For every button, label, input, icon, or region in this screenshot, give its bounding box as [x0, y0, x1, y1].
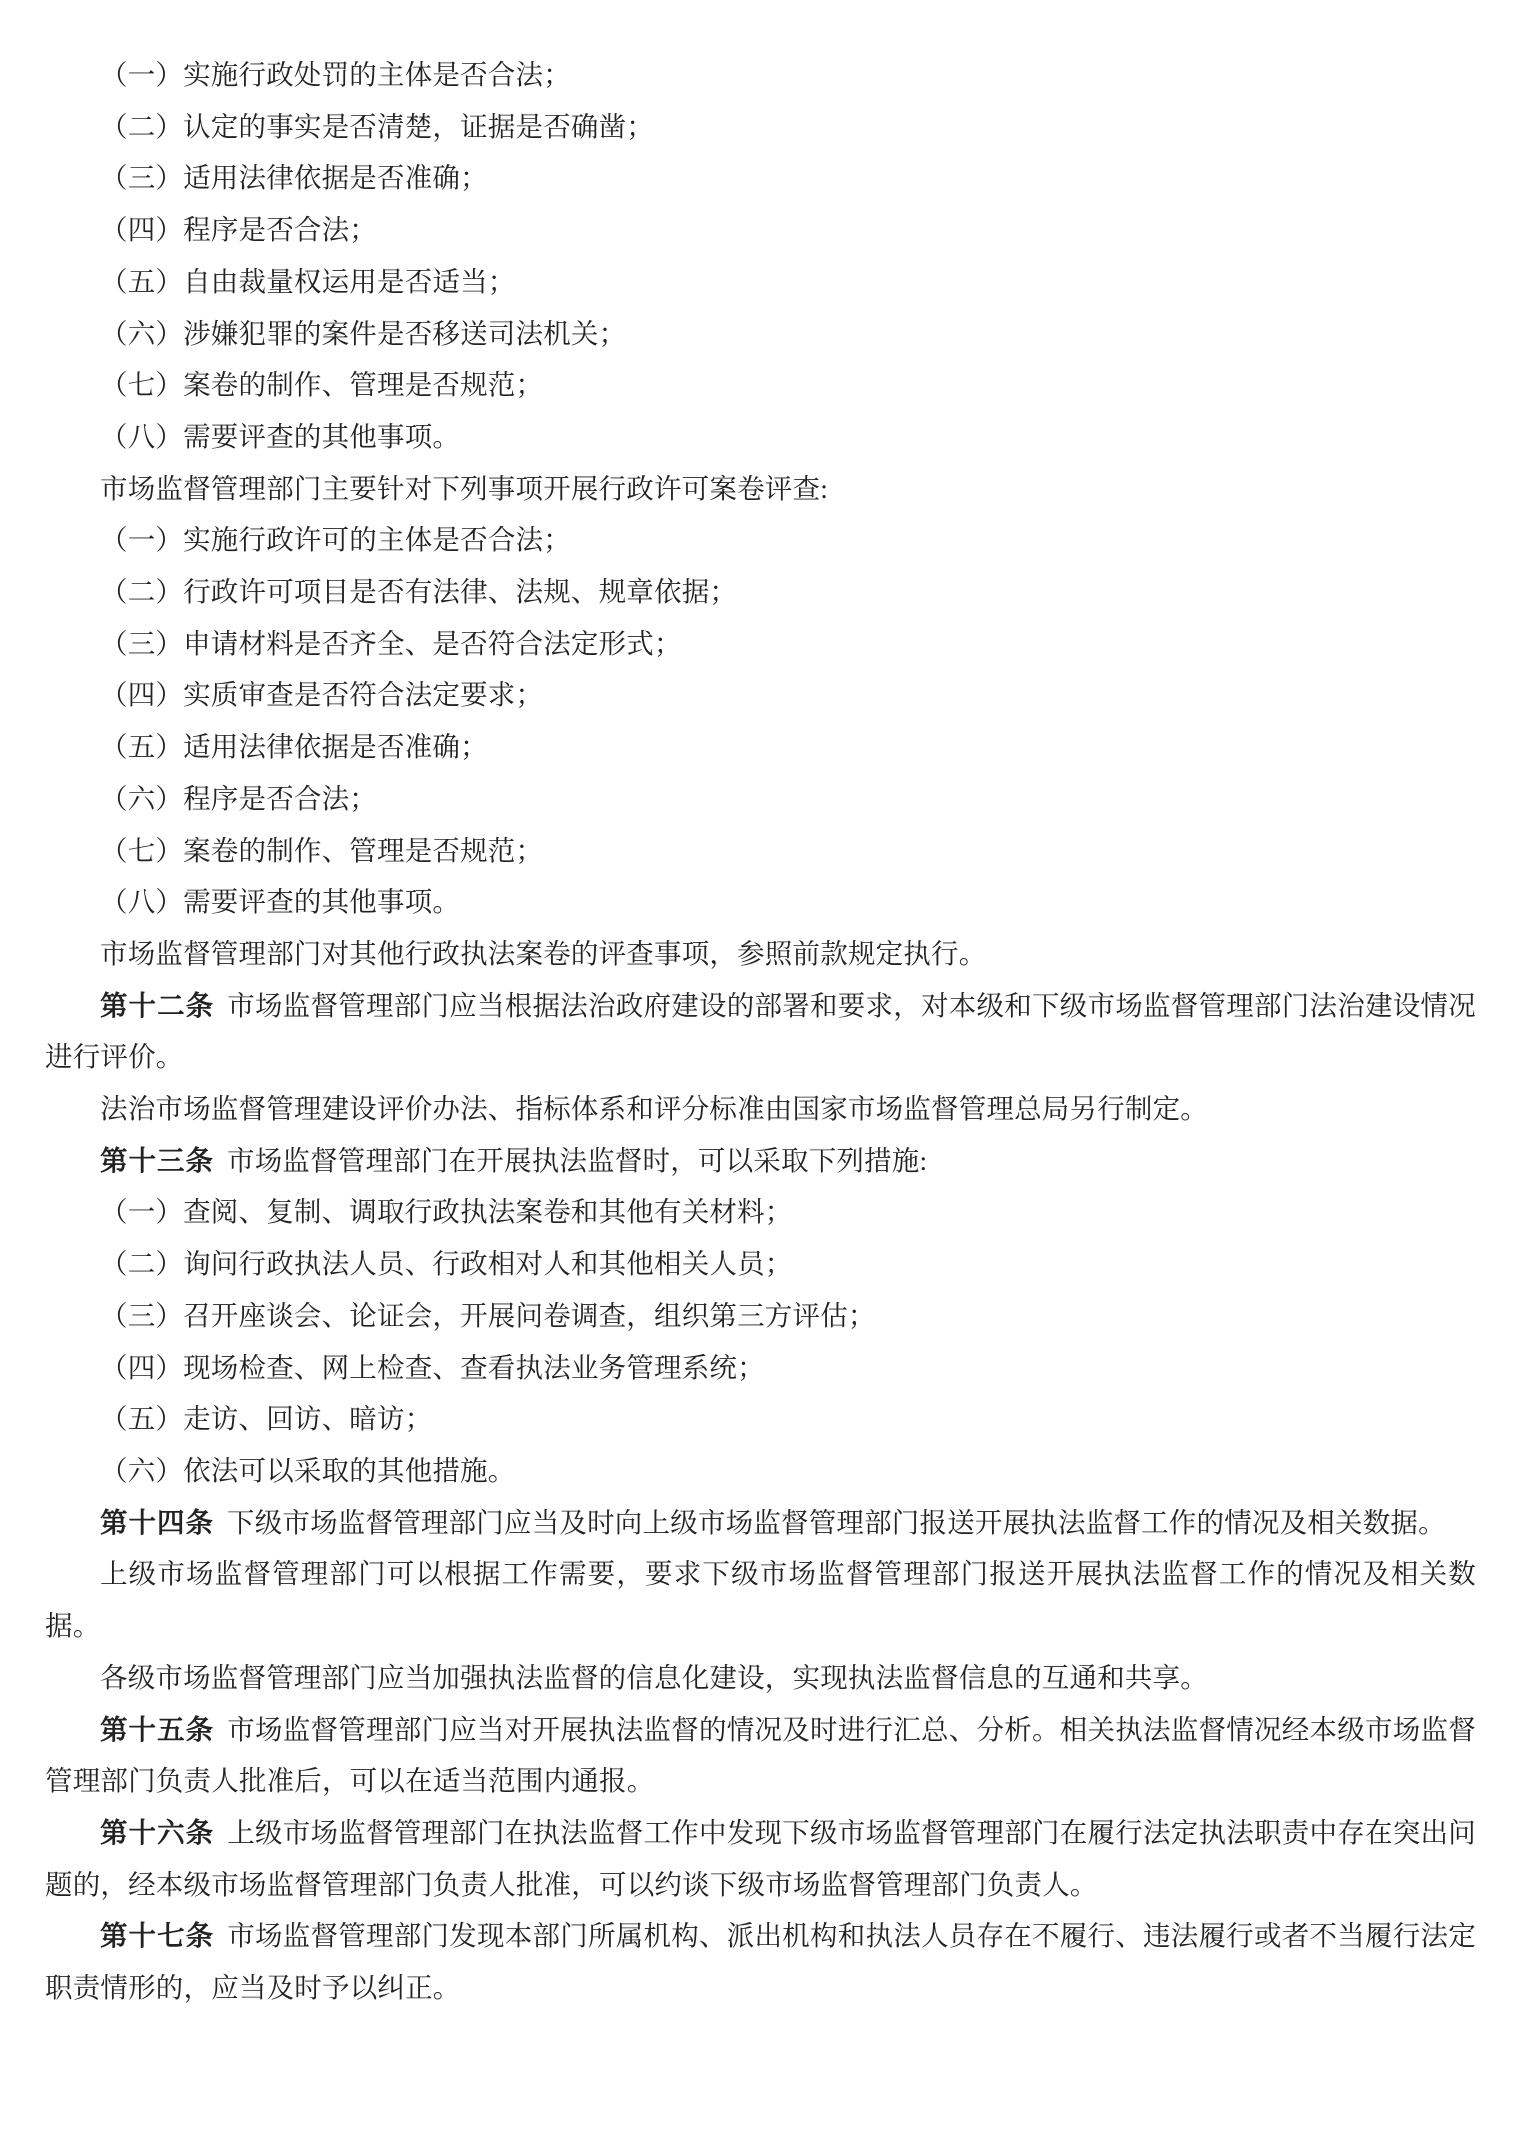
document-paragraph: （五）适用法律依据是否准确； [45, 721, 1476, 773]
paragraph-text: 下级市场监督管理部门应当及时向上级市场监督管理部门报送开展执法监督工作的情况及相… [227, 1507, 1446, 1538]
document-paragraph: （四）程序是否合法； [45, 204, 1476, 256]
document-paragraph: （三）召开座谈会、论证会，开展问卷调查，组织第三方评估； [45, 1290, 1476, 1342]
article-number-label: 第十六条 [100, 1817, 214, 1848]
document-body: （一）实施行政处罚的主体是否合法；（二）认定的事实是否清楚，证据是否确凿；（三）… [0, 0, 1520, 2014]
document-paragraph: （七）案卷的制作、管理是否规范； [45, 825, 1476, 877]
paragraph-text: 市场监督管理部门应当根据法治政府建设的部署和要求，对本级和下级市场监督管理部门法… [45, 990, 1476, 1073]
paragraph-text: 市场监督管理部门主要针对下列事项开展行政许可案卷评查: [100, 473, 828, 504]
document-paragraph: 各级市场监督管理部门应当加强执法监督的信息化建设，实现执法监督信息的互通和共享。 [45, 1652, 1476, 1704]
paragraph-text: （四）现场检查、网上检查、查看执法业务管理系统； [100, 1352, 765, 1383]
paragraph-text: （四）实质审查是否符合法定要求； [100, 679, 543, 710]
document-paragraph: 第十三条市场监督管理部门在开展执法监督时，可以采取下列措施: [45, 1135, 1476, 1187]
paragraph-text: （六）涉嫌犯罪的案件是否移送司法机关； [100, 318, 626, 349]
document-paragraph: （八）需要评查的其他事项。 [45, 411, 1476, 463]
paragraph-text: （二）询问行政执法人员、行政相对人和其他相关人员； [100, 1248, 793, 1279]
article-number-label: 第十三条 [100, 1145, 214, 1176]
document-paragraph: （六）依法可以采取的其他措施。 [45, 1445, 1476, 1497]
document-paragraph: （八）需要评查的其他事项。 [45, 876, 1476, 928]
document-paragraph: （五）走访、回访、暗访； [45, 1393, 1476, 1445]
paragraph-text: （三）申请材料是否齐全、是否符合法定形式； [100, 628, 682, 659]
document-paragraph: 市场监督管理部门主要针对下列事项开展行政许可案卷评查: [45, 463, 1476, 515]
paragraph-text: （二）认定的事实是否清楚，证据是否确凿； [100, 111, 654, 142]
paragraph-text: （五）自由裁量权运用是否适当； [100, 266, 516, 297]
document-paragraph: （六）涉嫌犯罪的案件是否移送司法机关； [45, 308, 1476, 360]
paragraph-text: 市场监督管理部门应当对开展执法监督的情况及时进行汇总、分析。相关执法监督情况经本… [45, 1714, 1476, 1797]
document-paragraph: （二）行政许可项目是否有法律、法规、规章依据； [45, 566, 1476, 618]
paragraph-text: （三）召开座谈会、论证会，开展问卷调查，组织第三方评估； [100, 1300, 876, 1331]
document-paragraph: 第十五条市场监督管理部门应当对开展执法监督的情况及时进行汇总、分析。相关执法监督… [45, 1704, 1476, 1807]
paragraph-text: （五）走访、回访、暗访； [100, 1403, 432, 1434]
article-number-label: 第十五条 [100, 1714, 214, 1745]
document-paragraph: （三）适用法律依据是否准确； [45, 152, 1476, 204]
document-paragraph: 法治市场监督管理建设评价办法、指标体系和评分标准由国家市场监督管理总局另行制定。 [45, 1083, 1476, 1135]
document-paragraph: 第十七条市场监督管理部门发现本部门所属机构、派出机构和执法人员存在不履行、违法履… [45, 1910, 1476, 2013]
document-paragraph: （五）自由裁量权运用是否适当； [45, 256, 1476, 308]
document-paragraph: （二）询问行政执法人员、行政相对人和其他相关人员； [45, 1238, 1476, 1290]
document-paragraph: （六）程序是否合法； [45, 773, 1476, 825]
paragraph-text: （一）实施行政处罚的主体是否合法； [100, 59, 571, 90]
document-paragraph: （四）实质审查是否符合法定要求； [45, 669, 1476, 721]
document-paragraph: （一）实施行政处罚的主体是否合法； [45, 49, 1476, 101]
article-number-label: 第十四条 [100, 1507, 214, 1538]
paragraph-text: 市场监督管理部门发现本部门所属机构、派出机构和执法人员存在不履行、违法履行或者不… [45, 1920, 1476, 2003]
document-paragraph: 市场监督管理部门对其他行政执法案卷的评查事项，参照前款规定执行。 [45, 928, 1476, 980]
paragraph-text: （五）适用法律依据是否准确； [100, 731, 488, 762]
document-page: （一）实施行政处罚的主体是否合法；（二）认定的事实是否清楚，证据是否确凿；（三）… [0, 0, 1520, 2150]
document-paragraph: （一）查阅、复制、调取行政执法案卷和其他有关材料； [45, 1186, 1476, 1238]
document-paragraph: （七）案卷的制作、管理是否规范； [45, 359, 1476, 411]
paragraph-text: 上级市场监督管理部门可以根据工作需要，要求下级市场监督管理部门报送开展执法监督工… [45, 1558, 1476, 1641]
paragraph-text: （六）依法可以采取的其他措施。 [100, 1455, 516, 1486]
document-paragraph: （二）认定的事实是否清楚，证据是否确凿； [45, 101, 1476, 153]
paragraph-text: （二）行政许可项目是否有法律、法规、规章依据； [100, 576, 737, 607]
paragraph-text: 法治市场监督管理建设评价办法、指标体系和评分标准由国家市场监督管理总局另行制定。 [100, 1093, 1208, 1124]
document-paragraph: （四）现场检查、网上检查、查看执法业务管理系统； [45, 1342, 1476, 1394]
document-paragraph: （三）申请材料是否齐全、是否符合法定形式； [45, 618, 1476, 670]
paragraph-text: 各级市场监督管理部门应当加强执法监督的信息化建设，实现执法监督信息的互通和共享。 [100, 1662, 1208, 1693]
paragraph-text: （八）需要评查的其他事项。 [100, 421, 460, 452]
paragraph-text: 市场监督管理部门在开展执法监督时，可以采取下列措施: [227, 1145, 927, 1176]
document-paragraph: 上级市场监督管理部门可以根据工作需要，要求下级市场监督管理部门报送开展执法监督工… [45, 1548, 1476, 1651]
paragraph-text: （三）适用法律依据是否准确； [100, 162, 488, 193]
paragraph-text: 上级市场监督管理部门在执法监督工作中发现下级市场监督管理部门在履行法定执法职责中… [45, 1817, 1476, 1900]
paragraph-text: （一）查阅、复制、调取行政执法案卷和其他有关材料； [100, 1196, 793, 1227]
paragraph-text: （七）案卷的制作、管理是否规范； [100, 835, 543, 866]
document-paragraph: 第十二条市场监督管理部门应当根据法治政府建设的部署和要求，对本级和下级市场监督管… [45, 980, 1476, 1083]
paragraph-text: （四）程序是否合法； [100, 214, 377, 245]
paragraph-text: 市场监督管理部门对其他行政执法案卷的评查事项，参照前款规定执行。 [100, 938, 986, 969]
paragraph-text: （一）实施行政许可的主体是否合法； [100, 524, 571, 555]
article-number-label: 第十二条 [100, 990, 214, 1021]
paragraph-text: （八）需要评查的其他事项。 [100, 886, 460, 917]
article-number-label: 第十七条 [100, 1920, 214, 1951]
document-paragraph: （一）实施行政许可的主体是否合法； [45, 514, 1476, 566]
document-paragraph: 第十六条上级市场监督管理部门在执法监督工作中发现下级市场监督管理部门在履行法定执… [45, 1807, 1476, 1910]
document-paragraph: 第十四条下级市场监督管理部门应当及时向上级市场监督管理部门报送开展执法监督工作的… [45, 1497, 1476, 1549]
paragraph-text: （七）案卷的制作、管理是否规范； [100, 369, 543, 400]
paragraph-text: （六）程序是否合法； [100, 783, 377, 814]
